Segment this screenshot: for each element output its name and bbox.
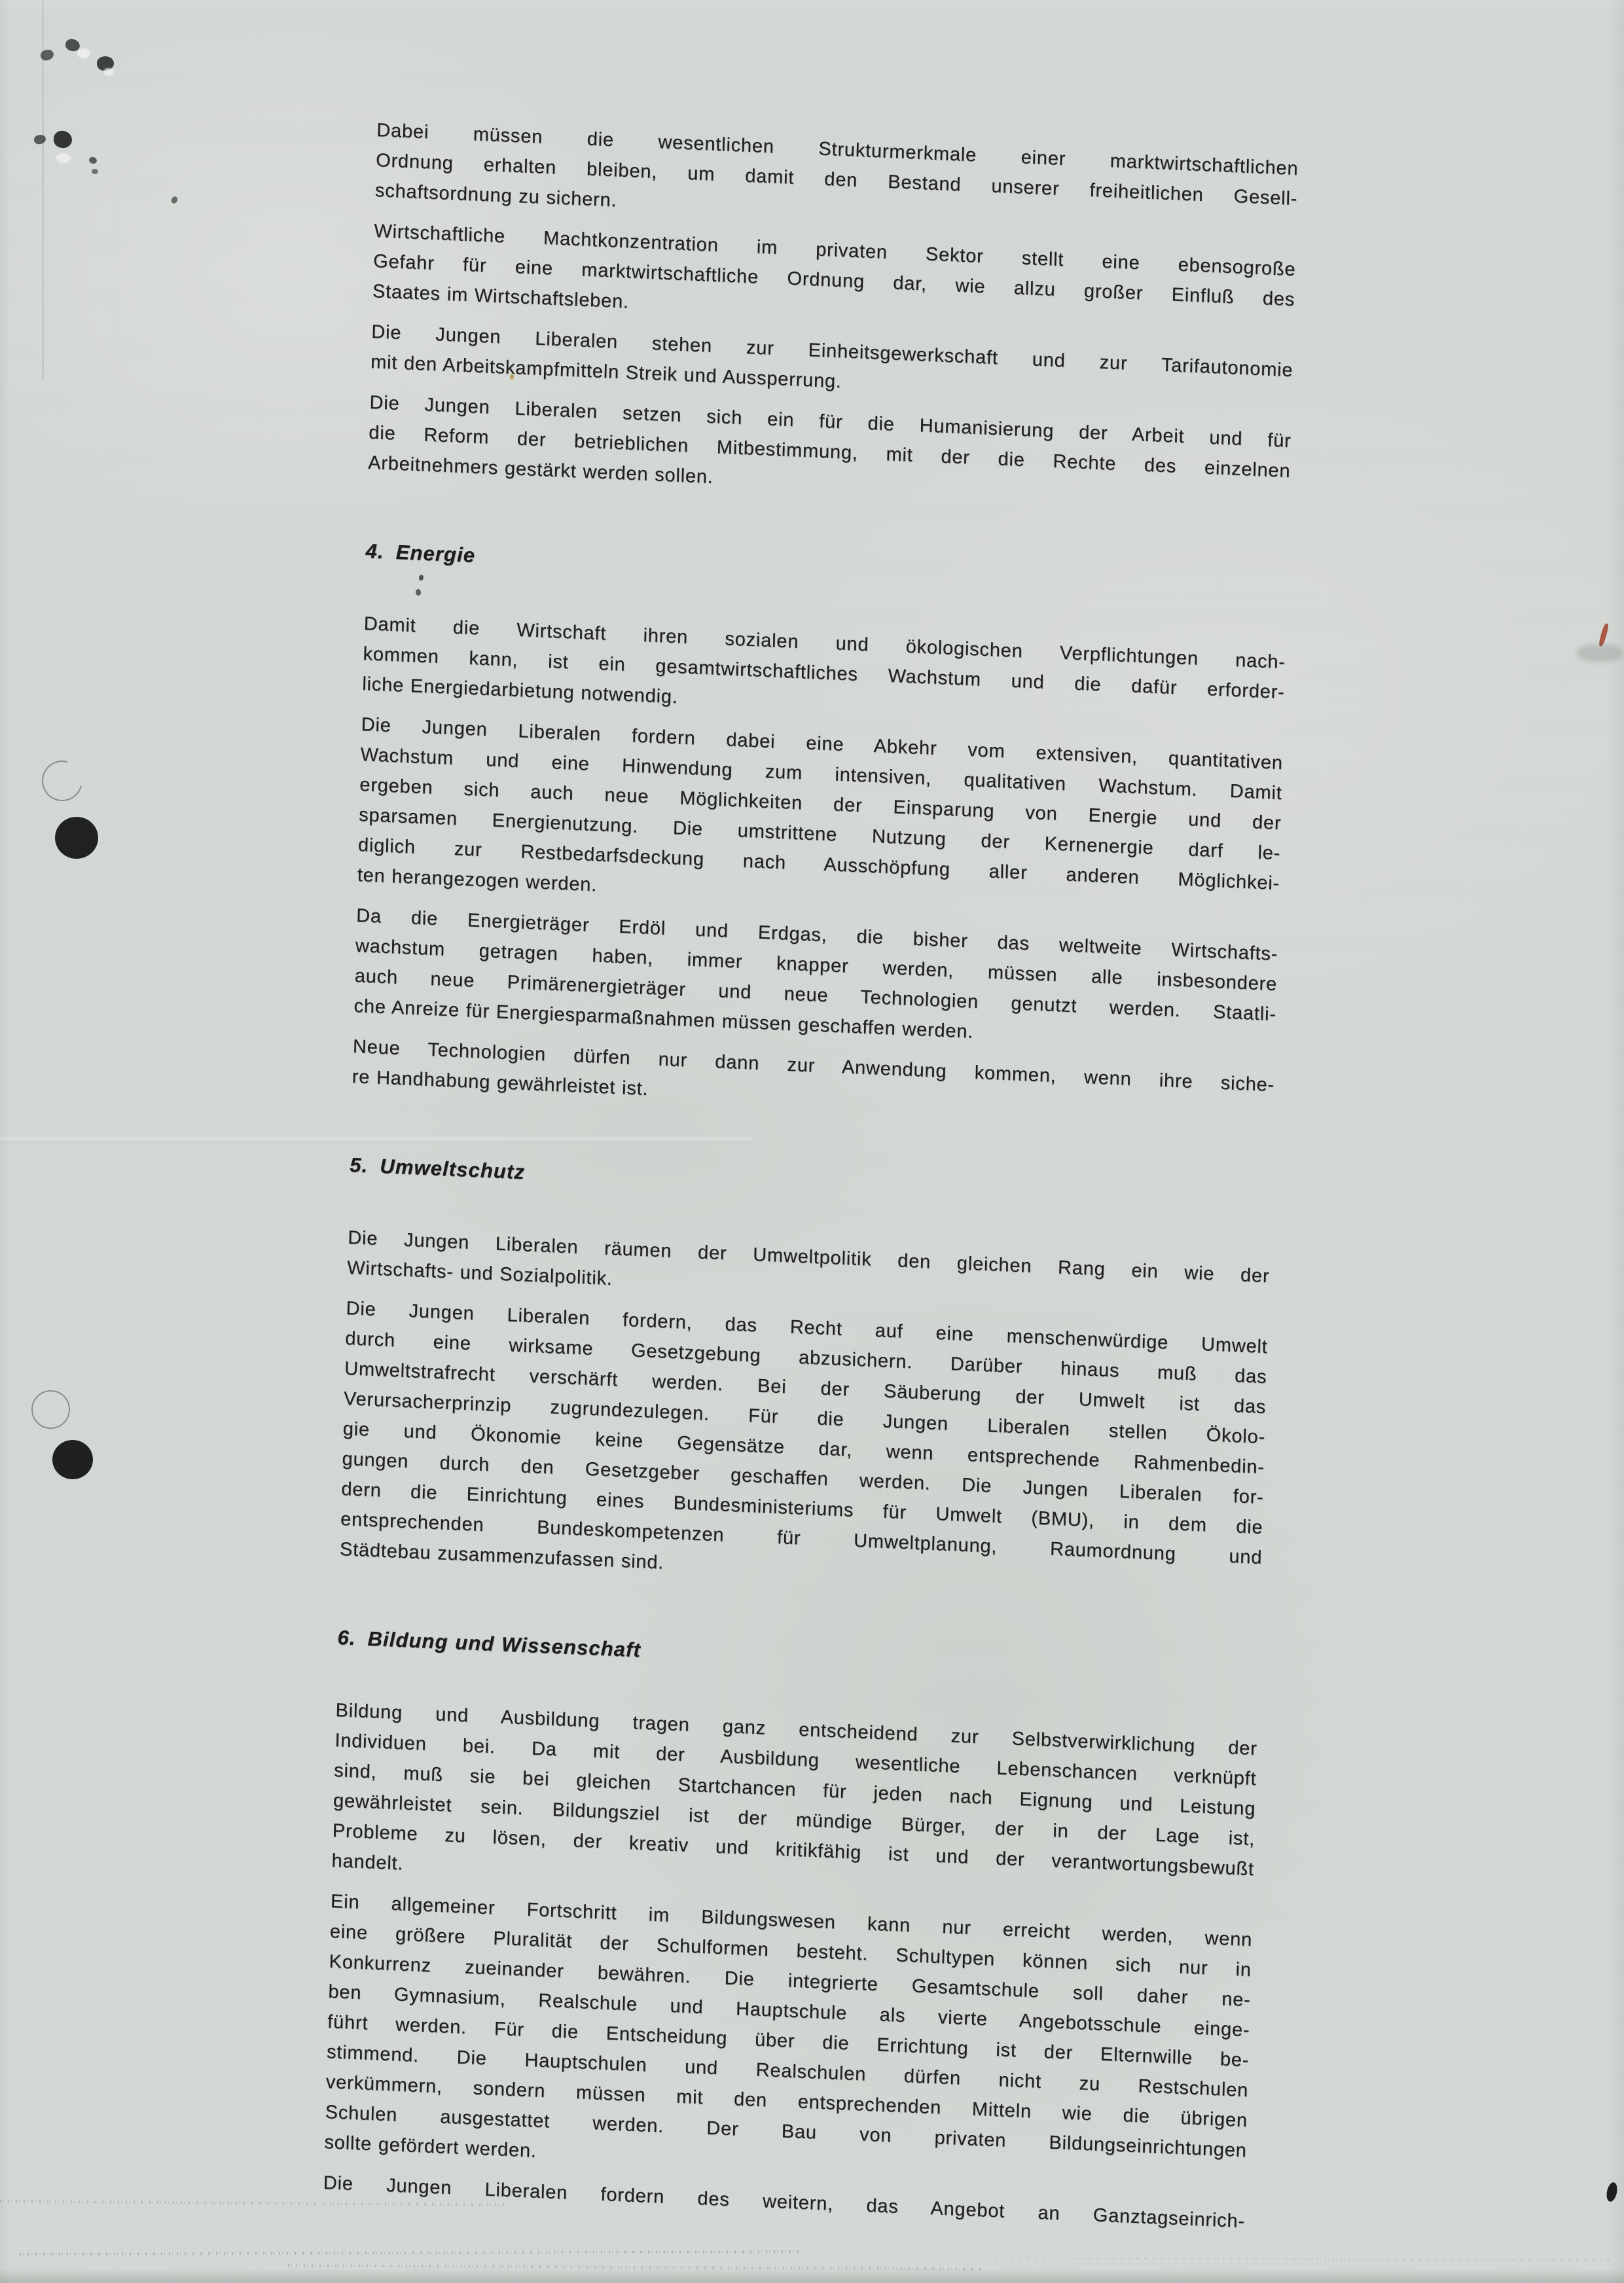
section-heading: 4.Energie bbox=[365, 537, 1288, 604]
section-title: Energie bbox=[395, 541, 475, 567]
section-title: Bildung und Wissenschaft bbox=[367, 1627, 641, 1662]
paper-tear-highlight bbox=[77, 48, 90, 58]
ink-blot bbox=[1605, 2182, 1619, 2202]
section-title: Umweltschutz bbox=[380, 1155, 526, 1183]
red-pen-mark bbox=[1598, 623, 1610, 647]
document-text-block: Dabei müssen die wesentlichen Strukturme… bbox=[323, 115, 1299, 2247]
scratch-line bbox=[20, 2250, 805, 2256]
paper-tear-highlight bbox=[103, 68, 114, 76]
staple-mark bbox=[88, 156, 98, 165]
hole-punch-dot bbox=[55, 817, 98, 859]
paragraph: Ein allgemeiner Fortschritt im Bildungsw… bbox=[324, 1886, 1253, 2196]
section-heading: 6.Bildung und Wissenschaft bbox=[337, 1623, 1259, 1691]
punch-ring-impression bbox=[31, 1390, 70, 1429]
paragraph: Die Jungen Liberalen fordern, das Recht … bbox=[339, 1293, 1268, 1603]
punch-ring-impression bbox=[35, 753, 90, 809]
paper-crease bbox=[42, 0, 44, 380]
pencil-smudge bbox=[1576, 644, 1623, 662]
scratch-line bbox=[995, 2257, 1610, 2261]
section-number: 6. bbox=[337, 1623, 356, 1653]
paper-tear-highlight bbox=[56, 153, 71, 163]
scratch-line bbox=[288, 2264, 982, 2271]
paragraph: Bildung und Ausbildung tragen ganz entsc… bbox=[331, 1695, 1257, 1914]
staple-mark bbox=[53, 130, 73, 149]
section-number: 4. bbox=[365, 537, 384, 566]
staple-mark bbox=[92, 169, 98, 174]
staple-mark bbox=[33, 134, 47, 145]
section-heading: 5.Umweltschutz bbox=[350, 1151, 1272, 1218]
ink-speck bbox=[170, 196, 179, 205]
paragraph: Die Jungen Liberalen fordern dabei eine … bbox=[357, 710, 1283, 929]
hole-punch-dot bbox=[52, 1440, 93, 1479]
section-number: 5. bbox=[350, 1151, 369, 1180]
scanned-document-page: Dabei müssen die wesentlichen Strukturme… bbox=[0, 0, 1624, 2283]
paragraph: Da die Energieträger Erdöl und Erdgas, d… bbox=[353, 901, 1278, 1060]
